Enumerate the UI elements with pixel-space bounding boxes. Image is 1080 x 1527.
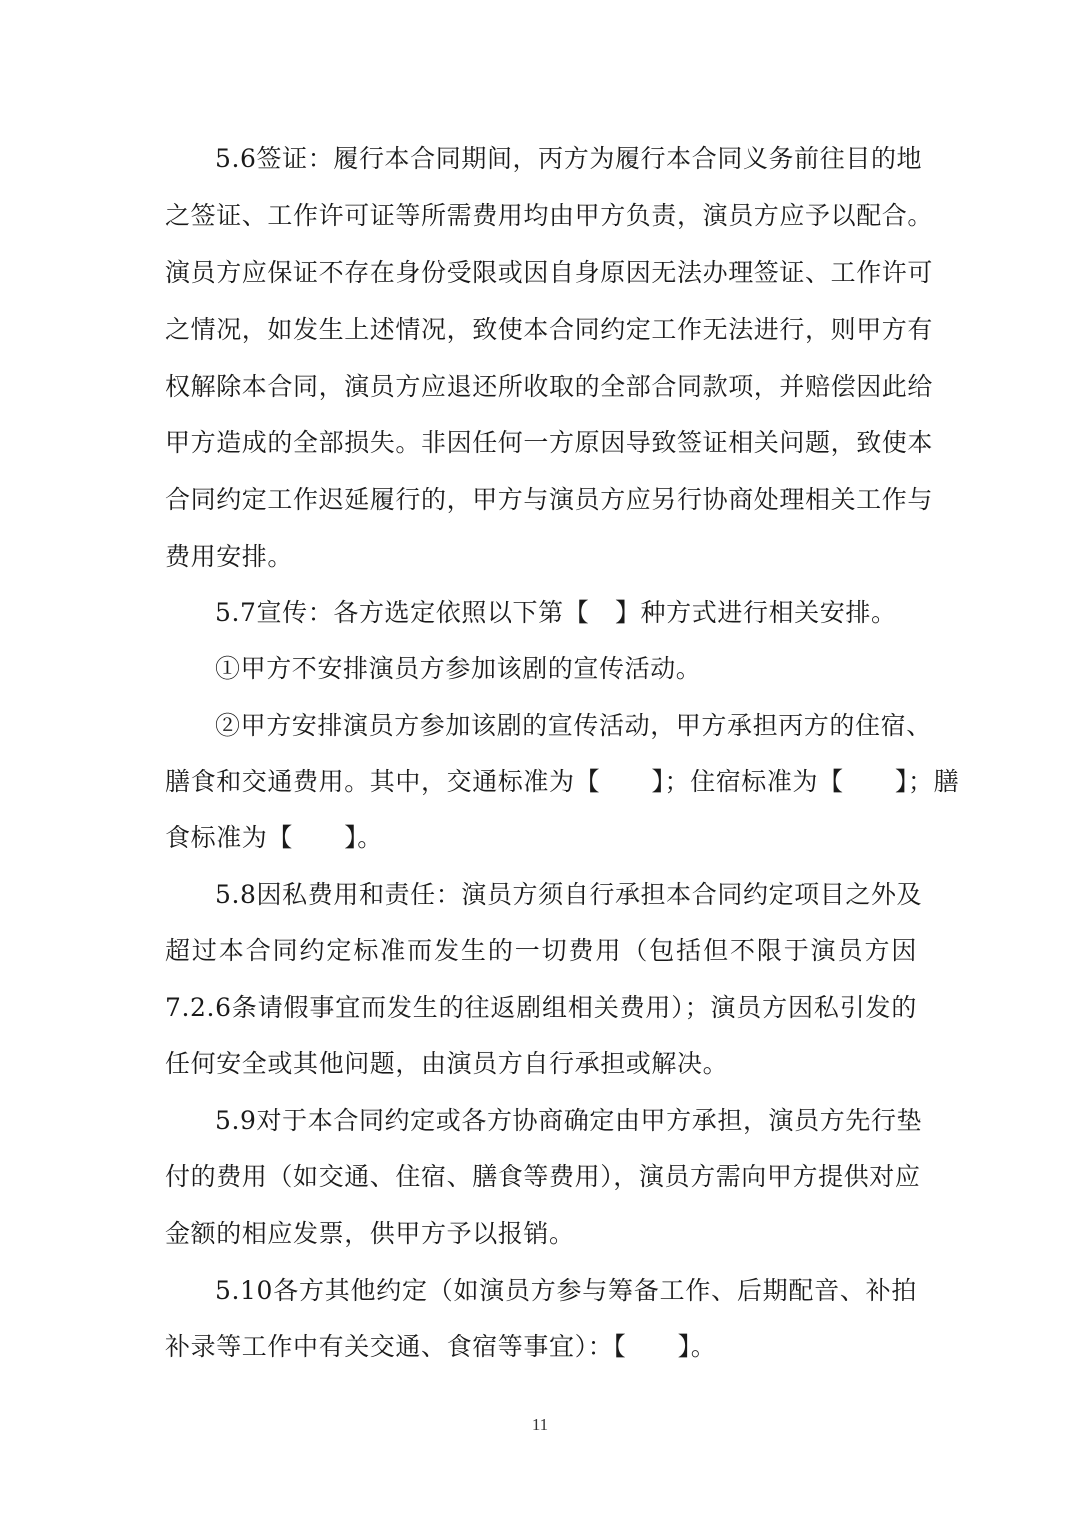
clause-5-6-line-6: 甲方造成的全部损失。非因任何一方原因导致签证相关问题，致使本	[165, 426, 917, 460]
clause-5-6-line-3: 演员方应保证不存在身份受限或因自身原因无法办理签证、工作许可	[165, 256, 917, 290]
clause-5-8-line-4: 任何安全或其他问题，由演员方自行承担或解决。	[165, 1047, 917, 1081]
clause-5-8-line-1: 5.8因私费用和责任：演员方须自行承担本合同约定项目之外及	[215, 878, 917, 912]
clause-5-6-line-5: 权解除本合同，演员方应退还所收取的全部合同款项，并赔偿因此给	[165, 370, 917, 404]
clause-5-7-option-2-line-1: ②甲方安排演员方参加该剧的宣传活动，甲方承担丙方的住宿、	[215, 709, 917, 743]
clause-5-6-line-4: 之情况，如发生上述情况，致使本合同约定工作无法进行，则甲方有	[165, 313, 917, 347]
clause-5-9-line-3: 金额的相应发票，供甲方予以报销。	[165, 1217, 917, 1251]
document-page: 5.6签证：履行本合同期间，丙方为履行本合同义务前往目的地 之签证、工作许可证等…	[0, 0, 1080, 1527]
clause-5-10-line-2: 补录等工作中有关交通、食宿等事宜）：【 】。	[165, 1330, 917, 1364]
clause-5-6-line-2: 之签证、工作许可证等所需费用均由甲方负责，演员方应予以配合。	[165, 199, 917, 233]
clause-5-9-line-1: 5.9对于本合同约定或各方协商确定由甲方承担，演员方先行垫	[215, 1104, 917, 1138]
clause-5-6-line-8: 费用安排。	[165, 540, 917, 574]
clause-5-7-option-2-line-3: 食标准为【 】。	[165, 821, 917, 855]
clause-5-7-option-2-line-2: 膳食和交通费用。其中，交通标准为【 】；住宿标准为【 】；膳	[165, 765, 917, 799]
clause-5-9-line-2: 付的费用（如交通、住宿、膳食等费用），演员方需向甲方提供对应	[165, 1160, 917, 1194]
clause-5-8-line-3: 7.2.6条请假事宜而发生的往返剧组相关费用）；演员方因私引发的	[165, 991, 917, 1025]
clause-5-7-option-1: ①甲方不安排演员方参加该剧的宣传活动。	[215, 652, 917, 686]
clause-5-6-line-7: 合同约定工作迟延履行的，甲方与演员方应另行协商处理相关工作与	[165, 483, 917, 517]
clause-5-8-line-2: 超过本合同约定标准而发生的一切费用（包括但不限于演员方因	[165, 934, 917, 968]
page-number: 11	[0, 1415, 1080, 1435]
clause-5-10-line-1: 5.10各方其他约定（如演员方参与筹备工作、后期配音、补拍	[215, 1274, 917, 1308]
clause-5-6-line-1: 5.6签证：履行本合同期间，丙方为履行本合同义务前往目的地	[215, 142, 917, 176]
clause-5-7-line-1: 5.7宣传：各方选定依照以下第【 】种方式进行相关安排。	[215, 596, 917, 630]
